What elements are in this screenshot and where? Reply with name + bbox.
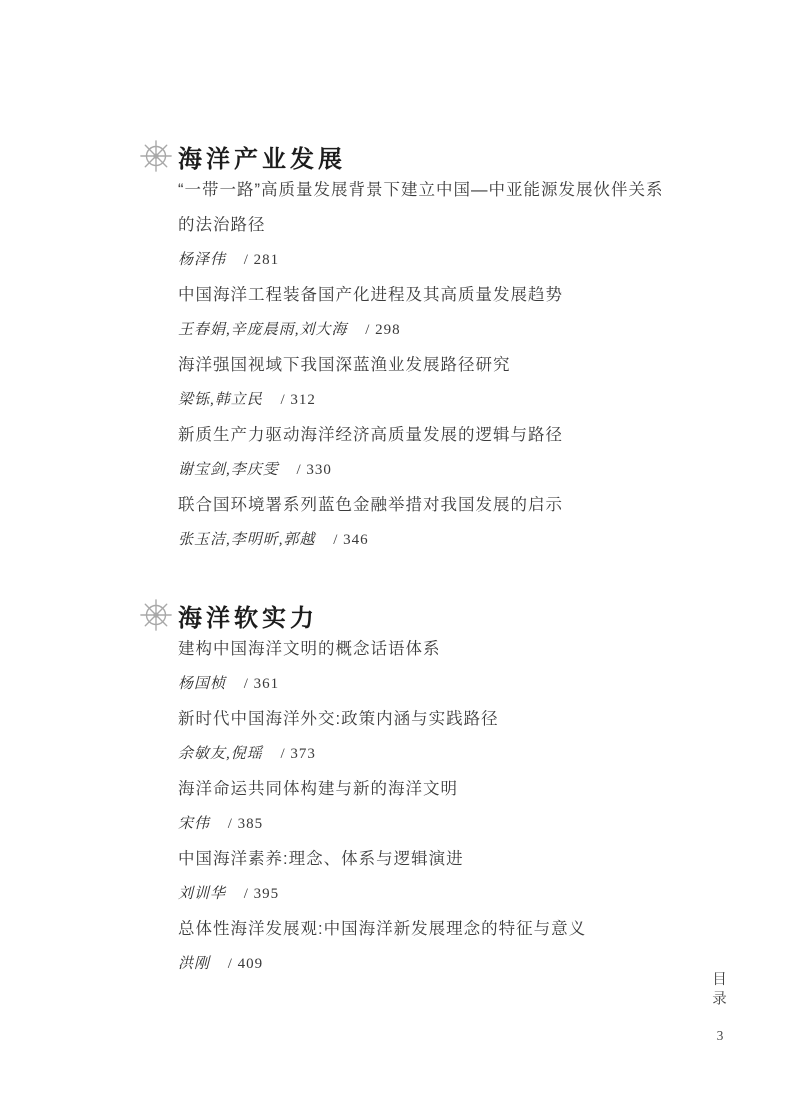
ship-wheel-icon [137,596,175,634]
section-title: 海洋产业发展 [178,139,346,174]
entry-page-number: / 346 [333,532,368,548]
entry-title: 新质生产力驱动海洋经济高质量发展的逻辑与路径 [178,418,682,453]
page-number: 3 [712,1028,728,1044]
entry-byline: 洪刚 / 409 [178,947,682,982]
toc-page: 海洋产业发展 “一带一路”高质量发展背景下建立中国—中亚能源发展伙伴关系 的法治… [0,0,799,1118]
entry-list: “一带一路”高质量发展背景下建立中国—中亚能源发展伙伴关系 的法治路径 杨泽伟 … [178,173,682,558]
entry-authors: 余敏友,倪瑶 [178,746,263,762]
toc-entry: 中国海洋素养:理念、体系与逻辑演进 刘训华 / 395 [178,842,682,912]
entry-authors: 王春娟,辛庞晨雨,刘大海 [178,322,348,338]
entry-authors: 杨泽伟 [178,252,226,268]
toc-entry: 新质生产力驱动海洋经济高质量发展的逻辑与路径 谢宝剑,李庆雯 / 330 [178,418,682,488]
entry-title-continued: 的法治路径 [178,208,682,243]
entry-page-number: / 373 [281,746,316,762]
margin-label-toc: 目录 [708,971,729,1010]
toc-entry: 总体性海洋发展观:中国海洋新发展理念的特征与意义 洪刚 / 409 [178,912,682,982]
entry-byline: 杨泽伟 / 281 [178,243,682,278]
entry-authors: 洪刚 [178,956,210,972]
toc-entry: 建构中国海洋文明的概念话语体系 杨国桢 / 361 [178,632,682,702]
entry-byline: 杨国桢 / 361 [178,667,682,702]
entry-page-number: / 330 [297,462,332,478]
entry-authors: 杨国桢 [178,676,226,692]
entry-page-number: / 385 [228,816,263,832]
entry-page-number: / 395 [244,886,279,902]
entry-authors: 刘训华 [178,886,226,902]
entry-byline: 王春娟,辛庞晨雨,刘大海 / 298 [178,313,682,348]
entry-authors: 张玉洁,李明昕,郭越 [178,532,316,548]
entry-title: 建构中国海洋文明的概念话语体系 [178,632,682,667]
entry-title: 海洋强国视域下我国深蓝渔业发展路径研究 [178,348,682,383]
toc-entry: 海洋命运共同体构建与新的海洋文明 宋伟 / 385 [178,772,682,842]
entry-title: 海洋命运共同体构建与新的海洋文明 [178,772,682,807]
toc-entry: 新时代中国海洋外交:政策内涵与实践路径 余敏友,倪瑶 / 373 [178,702,682,772]
toc-entry: 联合国环境署系列蓝色金融举措对我国发展的启示 张玉洁,李明昕,郭越 / 346 [178,488,682,558]
ship-wheel-icon [137,137,175,175]
entry-title: 中国海洋素养:理念、体系与逻辑演进 [178,842,682,877]
entry-authors: 谢宝剑,李庆雯 [178,462,279,478]
entry-page-number: / 281 [244,252,279,268]
entry-byline: 梁铄,韩立民 / 312 [178,383,682,418]
entry-list: 建构中国海洋文明的概念话语体系 杨国桢 / 361 新时代中国海洋外交:政策内涵… [178,632,682,982]
section-header: 海洋产业发展 [137,139,682,173]
entry-title: 联合国环境署系列蓝色金融举措对我国发展的启示 [178,488,682,523]
entry-byline: 谢宝剑,李庆雯 / 330 [178,453,682,488]
section-marine-soft-power: 海洋软实力 建构中国海洋文明的概念话语体系 杨国桢 / 361 新时代中国海洋外… [137,598,682,982]
entry-page-number: / 409 [228,956,263,972]
entry-title: 总体性海洋发展观:中国海洋新发展理念的特征与意义 [178,912,682,947]
entry-page-number: / 312 [281,392,316,408]
toc-entry: “一带一路”高质量发展背景下建立中国—中亚能源发展伙伴关系 的法治路径 杨泽伟 … [178,173,682,278]
entry-authors: 宋伟 [178,816,210,832]
entry-authors: 梁铄,韩立民 [178,392,263,408]
entry-page-number: / 298 [365,322,400,338]
toc-entry: 海洋强国视域下我国深蓝渔业发展路径研究 梁铄,韩立民 / 312 [178,348,682,418]
section-header: 海洋软实力 [137,598,682,632]
entry-title: 新时代中国海洋外交:政策内涵与实践路径 [178,702,682,737]
section-title: 海洋软实力 [178,598,318,633]
entry-byline: 刘训华 / 395 [178,877,682,912]
entry-byline: 余敏友,倪瑶 / 373 [178,737,682,772]
entry-byline: 宋伟 / 385 [178,807,682,842]
section-marine-industry: 海洋产业发展 “一带一路”高质量发展背景下建立中国—中亚能源发展伙伴关系 的法治… [137,139,682,558]
entry-byline: 张玉洁,李明昕,郭越 / 346 [178,523,682,558]
entry-title: 中国海洋工程装备国产化进程及其高质量发展趋势 [178,278,682,313]
toc-entry: 中国海洋工程装备国产化进程及其高质量发展趋势 王春娟,辛庞晨雨,刘大海 / 29… [178,278,682,348]
entry-title: “一带一路”高质量发展背景下建立中国—中亚能源发展伙伴关系 [178,173,682,208]
entry-page-number: / 361 [244,676,279,692]
